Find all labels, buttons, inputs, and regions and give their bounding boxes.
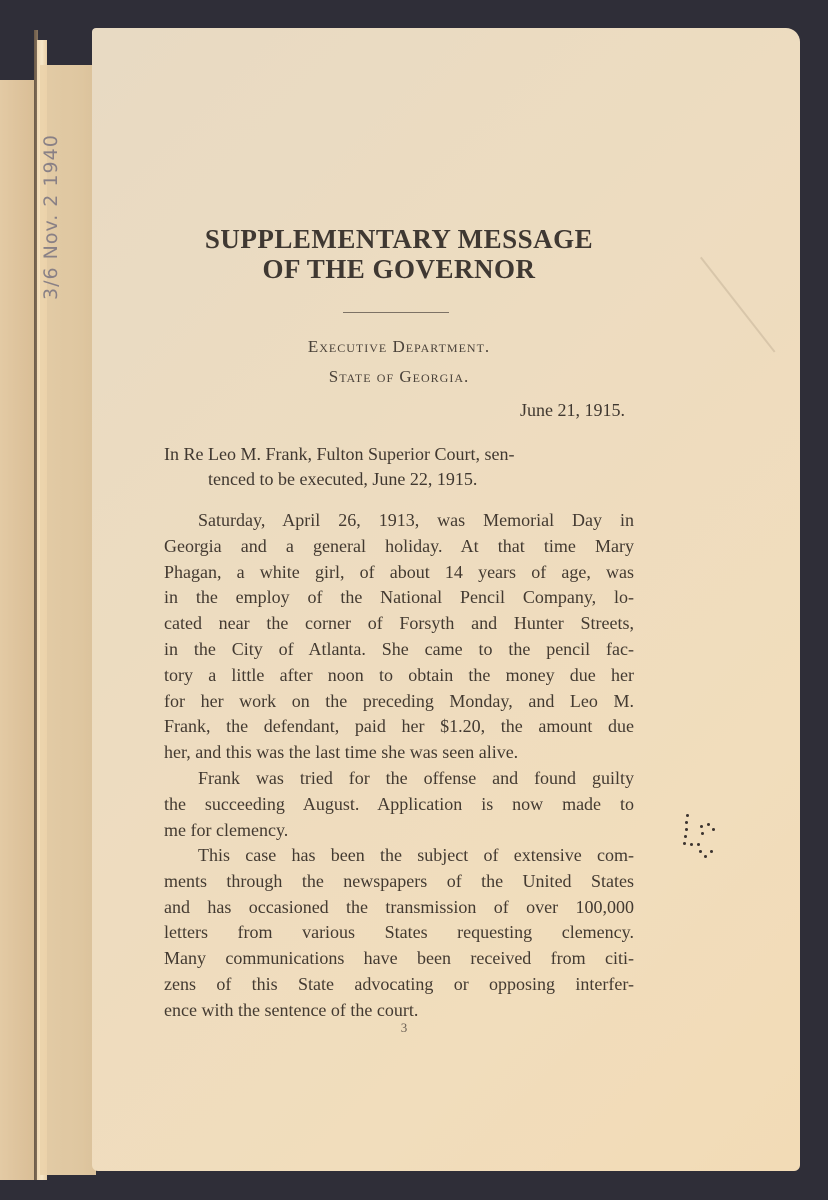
paragraph-line: her, and this was the last time she was … [164,740,634,766]
document-date: June 21, 1915. [164,400,625,421]
title-line-1: SUPPLEMENTARY MESSAGE [164,224,634,254]
paragraph-line: Frank was tried for the offense and foun… [164,766,634,792]
paragraph-line: Frank, the defendant, paid her $1.20, th… [164,714,634,740]
paragraph-2: Frank was tried for the offense and foun… [164,766,634,843]
paragraph-line: tory a little after noon to obtain the m… [164,663,634,689]
case-heading: In Re Leo M. Frank, Fulton Superior Cour… [164,442,634,492]
handwritten-margin-note: 3/6 Nov. 2 1940 [40,60,68,300]
perforated-c-stamp [680,814,720,864]
page-number: 3 [394,1020,414,1036]
paragraph-line: in the City of Atlanta. She came to the … [164,637,634,663]
paragraph-line: Saturday, April 26, 1913, was Memorial D… [164,508,634,534]
paragraph-line: zens of this State advocating or opposin… [164,972,634,998]
paragraph-line: Georgia and a general holiday. At that t… [164,534,634,560]
paragraph-line: This case has been the subject of extens… [164,843,634,869]
paragraph-line: and has occasioned the transmission of o… [164,895,634,921]
paragraph-line: for her work on the preceding Monday, an… [164,689,634,715]
paragraph-line: cated near the corner of Forsyth and Hun… [164,611,634,637]
title-line-2: OF THE GOVERNOR [164,254,634,284]
paragraph-line: me for clemency. [164,818,634,844]
paragraph-line: Phagan, a white girl, of about 14 years … [164,560,634,586]
case-heading-line-1: In Re Leo M. Frank, Fulton Superior Cour… [164,442,634,467]
document-title: SUPPLEMENTARY MESSAGE OF THE GOVERNOR [164,224,634,284]
paragraph-line: Many communications have been received f… [164,946,634,972]
paragraph-line: the succeeding August. Application is no… [164,792,634,818]
paragraph-line: in the employ of the National Pencil Com… [164,585,634,611]
paragraph-line: letters from various States requesting c… [164,920,634,946]
paragraph-line: ments through the newspapers of the Unit… [164,869,634,895]
paragraph-3: This case has been the subject of extens… [164,843,634,1024]
title-divider [343,312,449,313]
paragraph-1: Saturday, April 26, 1913, was Memorial D… [164,508,634,766]
department-heading: Executive Department. [164,337,634,357]
case-heading-line-2: tenced to be executed, June 22, 1915. [164,467,634,492]
state-heading: State of Georgia. [164,367,634,387]
